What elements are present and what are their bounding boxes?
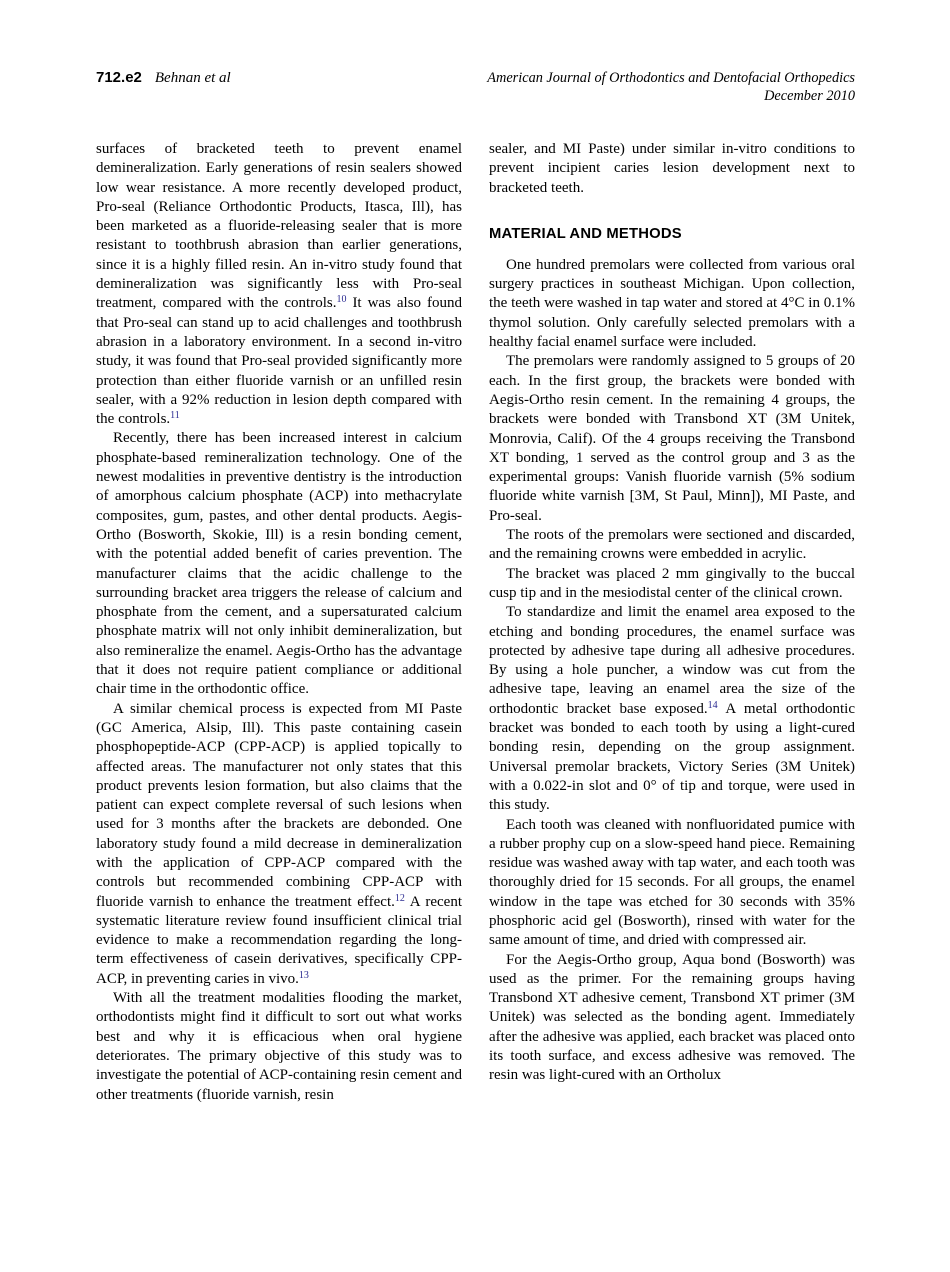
paragraph: With all the treatment modalities floodi… <box>96 989 462 1105</box>
citation-reference[interactable]: 12 <box>395 893 405 904</box>
paragraph: To standardize and limit the enamel area… <box>489 603 855 815</box>
paragraph: Recently, there has been increased inter… <box>96 429 462 699</box>
paragraph: The premolars were randomly assigned to … <box>489 352 855 526</box>
running-head-right: American Journal of Orthodontics and Den… <box>487 69 855 105</box>
body-text: It was also found that Pro-seal can stan… <box>96 295 462 427</box>
running-head-left: 712.e2Behnan et al <box>96 69 231 87</box>
paragraph: A similar chemical process is expected f… <box>96 700 462 989</box>
right-column: sealer, and MI Paste) under similar in-v… <box>489 140 855 1105</box>
body-text: The roots of the premolars were sectione… <box>489 527 855 562</box>
paragraph: sealer, and MI Paste) under similar in-v… <box>489 140 855 198</box>
body-text: Each tooth was cleaned with nonfluoridat… <box>489 817 855 949</box>
running-authors: Behnan et al <box>155 70 231 86</box>
body-text: A metal orthodontic bracket was bonded t… <box>489 701 855 813</box>
page-number: 712.e2 <box>96 69 142 86</box>
paragraph: One hundred premolars were collected fro… <box>489 256 855 352</box>
citation-reference[interactable]: 11 <box>170 410 180 421</box>
running-head: 712.e2Behnan et al American Journal of O… <box>96 69 855 105</box>
section-heading: MATERIAL AND METHODS <box>489 225 855 244</box>
paragraph: For the Aegis-Ortho group, Aqua bond (Bo… <box>489 951 855 1086</box>
paragraph: surfaces of bracketed teeth to prevent e… <box>96 140 462 429</box>
body-text: sealer, and MI Paste) under similar in-v… <box>489 141 855 196</box>
body-text: The bracket was placed 2 mm gingivally t… <box>489 566 855 601</box>
body-text: One hundred premolars were collected fro… <box>489 257 855 350</box>
body-text: The premolars were randomly assigned to … <box>489 353 855 523</box>
body-text: With all the treatment modalities floodi… <box>96 990 462 1102</box>
body-text: Recently, there has been increased inter… <box>96 430 462 697</box>
left-column: surfaces of bracketed teeth to prevent e… <box>96 140 462 1105</box>
article-body: surfaces of bracketed teeth to prevent e… <box>96 140 855 1105</box>
paragraph: The roots of the premolars were sectione… <box>489 526 855 565</box>
citation-reference[interactable]: 10 <box>336 294 346 305</box>
paragraph: Each tooth was cleaned with nonfluoridat… <box>489 816 855 951</box>
body-text: A similar chemical process is expected f… <box>96 701 462 910</box>
paragraph: The bracket was placed 2 mm gingivally t… <box>489 565 855 604</box>
journal-title: American Journal of Orthodontics and Den… <box>487 69 855 87</box>
citation-reference[interactable]: 13 <box>299 970 309 981</box>
body-text: For the Aegis-Ortho group, Aqua bond (Bo… <box>489 952 855 1084</box>
issue-date: December 2010 <box>487 87 855 105</box>
citation-reference[interactable]: 14 <box>708 700 718 711</box>
journal-article-page: 712.e2Behnan et al American Journal of O… <box>0 0 950 1272</box>
body-text: surfaces of bracketed teeth to prevent e… <box>96 141 462 311</box>
